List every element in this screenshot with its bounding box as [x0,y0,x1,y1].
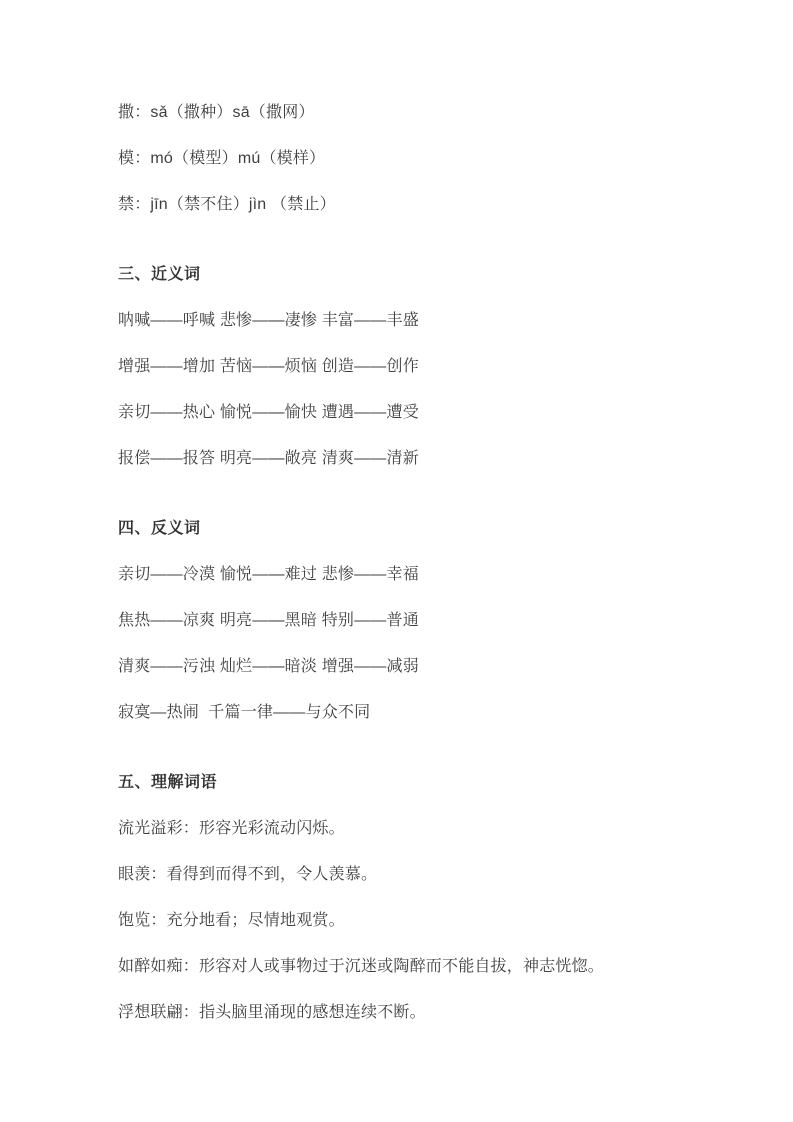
antonym-line: 亲切——冷漠 愉悦——难过 悲惨——幸福 [118,564,683,586]
section-heading-definitions: 五、理解词语 [118,772,683,794]
multi-pron-line: 撒：sǎ（撒种）sā（撒网） [118,102,683,124]
antonym-line: 清爽——污浊 灿烂——暗淡 增强——减弱 [118,656,683,678]
synonym-line: 报偿——报答 明亮——敞亮 清爽——清新 [118,448,683,470]
definition-line: 眼羡：看得到而得不到，令人羡慕。 [118,864,683,886]
section-heading-antonyms: 四、反义词 [118,518,683,540]
definition-line: 饱览：充分地看；尽情地观赏。 [118,910,683,932]
multi-pron-line: 禁：jīn（禁不住）jìn （禁止） [118,194,683,216]
definition-line: 流光溢彩：形容光彩流动闪烁。 [118,818,683,840]
definition-line: 如醉如痴：形容对人或事物过于沉迷或陶醉而不能自拔，神志恍惚。 [118,956,683,978]
definition-line: 浮想联翩：指头脑里涌现的感想连续不断。 [118,1002,683,1024]
synonym-line: 增强——增加 苦恼——烦恼 创造——创作 [118,356,683,378]
synonym-line: 亲切——热心 愉悦——愉快 遭遇——遭受 [118,402,683,424]
synonym-line: 呐喊——呼喊 悲惨——凄惨 丰富——丰盛 [118,310,683,332]
multi-pron-line: 模：mó（模型）mú（模样） [118,148,683,170]
section-heading-synonyms: 三、近义词 [118,264,683,286]
antonym-line: 寂寞—热闹 千篇一律——与众不同 [118,702,683,724]
antonym-line: 焦热——凉爽 明亮——黑暗 特别——普通 [118,610,683,632]
document-page: 撒：sǎ（撒种）sā（撒网） 模：mó（模型）mú（模样） 禁：jīn（禁不住）… [0,0,793,1122]
